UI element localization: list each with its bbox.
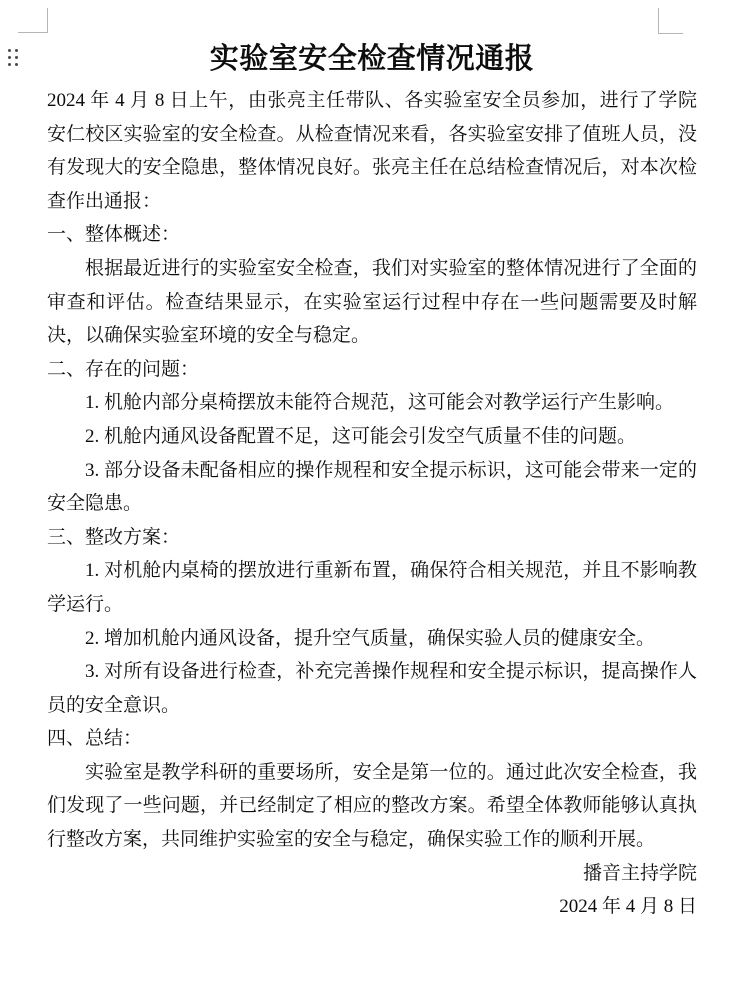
- body-paragraph: 根据最近进行的实验室安全检查，我们对实验室的整体情况进行了全面的审查和评估。检查…: [47, 252, 697, 353]
- body-paragraph: 实验室是教学科研的重要场所，安全是第一位的。通过此次安全检查，我们发现了一些问题…: [47, 756, 697, 857]
- document-title: 实验室安全检查情况通报: [47, 41, 697, 77]
- body-paragraph: 1. 对机舱内桌椅的摆放进行重新布置，确保符合相关规范，并且不影响教学运行。: [47, 554, 697, 621]
- body-paragraph: 1. 机舱内部分桌椅摆放未能符合规范，这可能会对教学运行产生影响。: [47, 386, 697, 420]
- section-heading: 四、总结：: [47, 722, 697, 756]
- body-paragraph: 3. 对所有设备进行检查，补充完善操作规程和安全提示标识，提高操作人员的安全意识…: [47, 655, 697, 722]
- crop-mark-top-left: [18, 8, 48, 33]
- body-paragraph: 2. 机舱内通风设备配置不足，这可能会引发空气质量不佳的问题。: [47, 420, 697, 454]
- section-heading: 三、整改方案：: [47, 521, 697, 555]
- document-page[interactable]: 实验室安全检查情况通报 2024 年 4 月 8 日上午，由张亮主任带队、各实验…: [0, 0, 739, 1002]
- body-paragraph: 2. 增加机舱内通风设备，提升空气质量，确保实验人员的健康安全。: [47, 622, 697, 656]
- body-paragraph: 2024 年 4 月 8 日上午，由张亮主任带队、各实验室安全员参加，进行了学院…: [47, 84, 697, 218]
- drag-handle-icon[interactable]: [8, 49, 18, 66]
- section-heading: 一、整体概述：: [47, 218, 697, 252]
- closing-line: 2024 年 4 月 8 日: [47, 890, 697, 924]
- crop-mark-top-right: [658, 8, 683, 34]
- section-heading: 二、存在的问题：: [47, 353, 697, 387]
- body-paragraph: 3. 部分设备未配备相应的操作规程和安全提示标识，这可能会带来一定的安全隐患。: [47, 454, 697, 521]
- document-body[interactable]: 2024 年 4 月 8 日上午，由张亮主任带队、各实验室安全员参加，进行了学院…: [47, 84, 697, 924]
- closing-line: 播音主持学院: [47, 857, 697, 891]
